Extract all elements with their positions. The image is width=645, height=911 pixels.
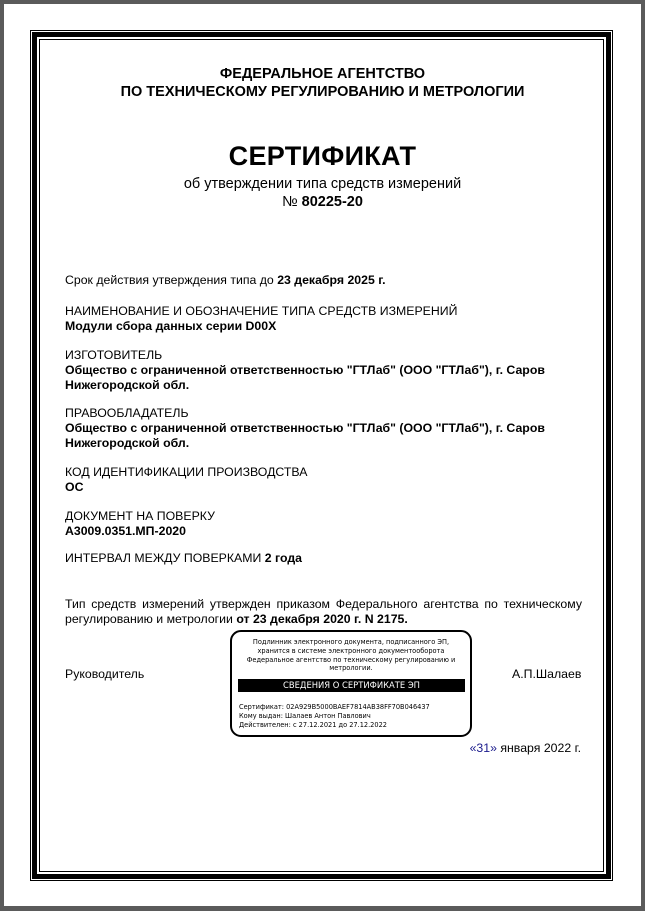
interval-label: ИНТЕРВАЛ МЕЖДУ ПОВЕРКАМИ: [65, 551, 261, 565]
stamp-cert-value: 02A929B5000BAEF7814AB38FF70B046437: [286, 703, 430, 711]
number-value: 80225-20: [302, 194, 363, 210]
signatory-name: А.П.Шалаев: [512, 667, 581, 682]
stamp-issued-label: Кому выдан:: [239, 712, 283, 721]
issue-date: «31» января 2022 г.: [470, 741, 581, 756]
agency-line-2: ПО ТЕХНИЧЕСКОМУ РЕГУЛИРОВАНИЮ И МЕТРОЛОГ…: [4, 83, 641, 101]
section-value: Общество с ограниченной ответственностью…: [65, 421, 582, 436]
section-manufacturer: ИЗГОТОВИТЕЛЬ Общество с ограниченной отв…: [65, 348, 582, 393]
stamp-header-line: Подлинник электронного документа, подпис…: [238, 638, 464, 647]
stamp-header-line: метрологии.: [238, 664, 464, 673]
validity-line: Срок действия утверждения типа до 23 дек…: [65, 273, 582, 288]
stamp-cert-label: Сертификат:: [239, 703, 284, 712]
interval-value: 2 года: [265, 551, 302, 565]
stamp-valid-row: Действителен: с 27.12.2021 до 27.12.2022: [239, 721, 430, 730]
section-rightholder: ПРАВООБЛАДАТЕЛЬ Общество с ограниченной …: [65, 406, 582, 451]
section-type-name: НАИМЕНОВАНИЕ И ОБОЗНАЧЕНИЕ ТИПА СРЕДСТВ …: [65, 304, 582, 334]
number-sign: №: [282, 194, 298, 210]
section-value: Общество с ограниченной ответственностью…: [65, 363, 582, 378]
section-label: ИЗГОТОВИТЕЛЬ: [65, 348, 582, 363]
stamp-header-line: Федеральное агентство по техническому ре…: [238, 656, 464, 665]
certificate-page: ФЕДЕРАЛЬНОЕ АГЕНТСТВО ПО ТЕХНИЧЕСКОМУ РЕ…: [4, 4, 641, 906]
stamp-header-line: хранится в системе электронного документ…: [238, 647, 464, 656]
approval-order: Тип средств измерений утвержден приказом…: [65, 597, 582, 627]
agency-line-1: ФЕДЕРАЛЬНОЕ АГЕНТСТВО: [4, 65, 641, 83]
validity-label: Срок действия утверждения типа до: [65, 273, 274, 287]
section-value-cont: Нижегородской обл.: [65, 378, 582, 393]
stamp-valid-value: с 27.12.2021 до 27.12.2022: [293, 721, 387, 729]
section-label: ПРАВООБЛАДАТЕЛЬ: [65, 406, 582, 421]
date-day: 31: [476, 741, 490, 755]
signatory-role: Руководитель: [65, 667, 144, 682]
agency-header: ФЕДЕРАЛЬНОЕ АГЕНТСТВО ПО ТЕХНИЧЕСКОМУ РЕ…: [4, 65, 641, 101]
stamp-header: Подлинник электронного документа, подпис…: [238, 638, 464, 673]
section-value: Модули сбора данных серии D00X: [65, 319, 582, 334]
date-close-quote: »: [490, 741, 497, 755]
section-production-code: КОД ИДЕНТИФИКАЦИИ ПРОИЗВОДСТВА ОС: [65, 465, 582, 495]
validity-value: 23 декабря 2025 г.: [277, 273, 385, 287]
electronic-signature-stamp: Подлинник электронного документа, подпис…: [230, 630, 472, 737]
stamp-cert-info: Сертификат: 02A929B5000BAEF7814AB38FF70B…: [239, 703, 430, 731]
section-verification-doc: ДОКУМЕНТ НА ПОВЕРКУ A3009.0351.МП-2020: [65, 509, 582, 539]
section-label: НАИМЕНОВАНИЕ И ОБОЗНАЧЕНИЕ ТИПА СРЕДСТВ …: [65, 304, 582, 319]
stamp-title-bar: СВЕДЕНИЯ О СЕРТИФИКАТЕ ЭП: [238, 679, 465, 692]
certificate-title: СЕРТИФИКАТ: [4, 140, 641, 172]
section-value: A3009.0351.МП-2020: [65, 524, 582, 539]
certificate-subtitle: об утверждении типа средств измерений: [4, 175, 641, 193]
section-label: КОД ИДЕНТИФИКАЦИИ ПРОИЗВОДСТВА: [65, 465, 582, 480]
date-rest: января 2022 г.: [500, 741, 581, 755]
stamp-issued-row: Кому выдан: Шалаев Антон Павлович: [239, 712, 430, 721]
certificate-number: № 80225-20: [4, 193, 641, 211]
stamp-cert-row: Сертификат: 02A929B5000BAEF7814AB38FF70B…: [239, 703, 430, 712]
document-content: ФЕДЕРАЛЬНОЕ АГЕНТСТВО ПО ТЕХНИЧЕСКОМУ РЕ…: [4, 4, 641, 906]
section-value: ОС: [65, 480, 582, 495]
stamp-valid-label: Действителен:: [239, 721, 291, 730]
section-value-cont: Нижегородской обл.: [65, 436, 582, 451]
stamp-issued-value: Шалаев Антон Павлович: [285, 712, 371, 720]
section-label: ДОКУМЕНТ НА ПОВЕРКУ: [65, 509, 582, 524]
verification-interval: ИНТЕРВАЛ МЕЖДУ ПОВЕРКАМИ 2 года: [65, 551, 582, 566]
order-value: от 23 декабря 2020 г. N 2175.: [236, 612, 407, 626]
